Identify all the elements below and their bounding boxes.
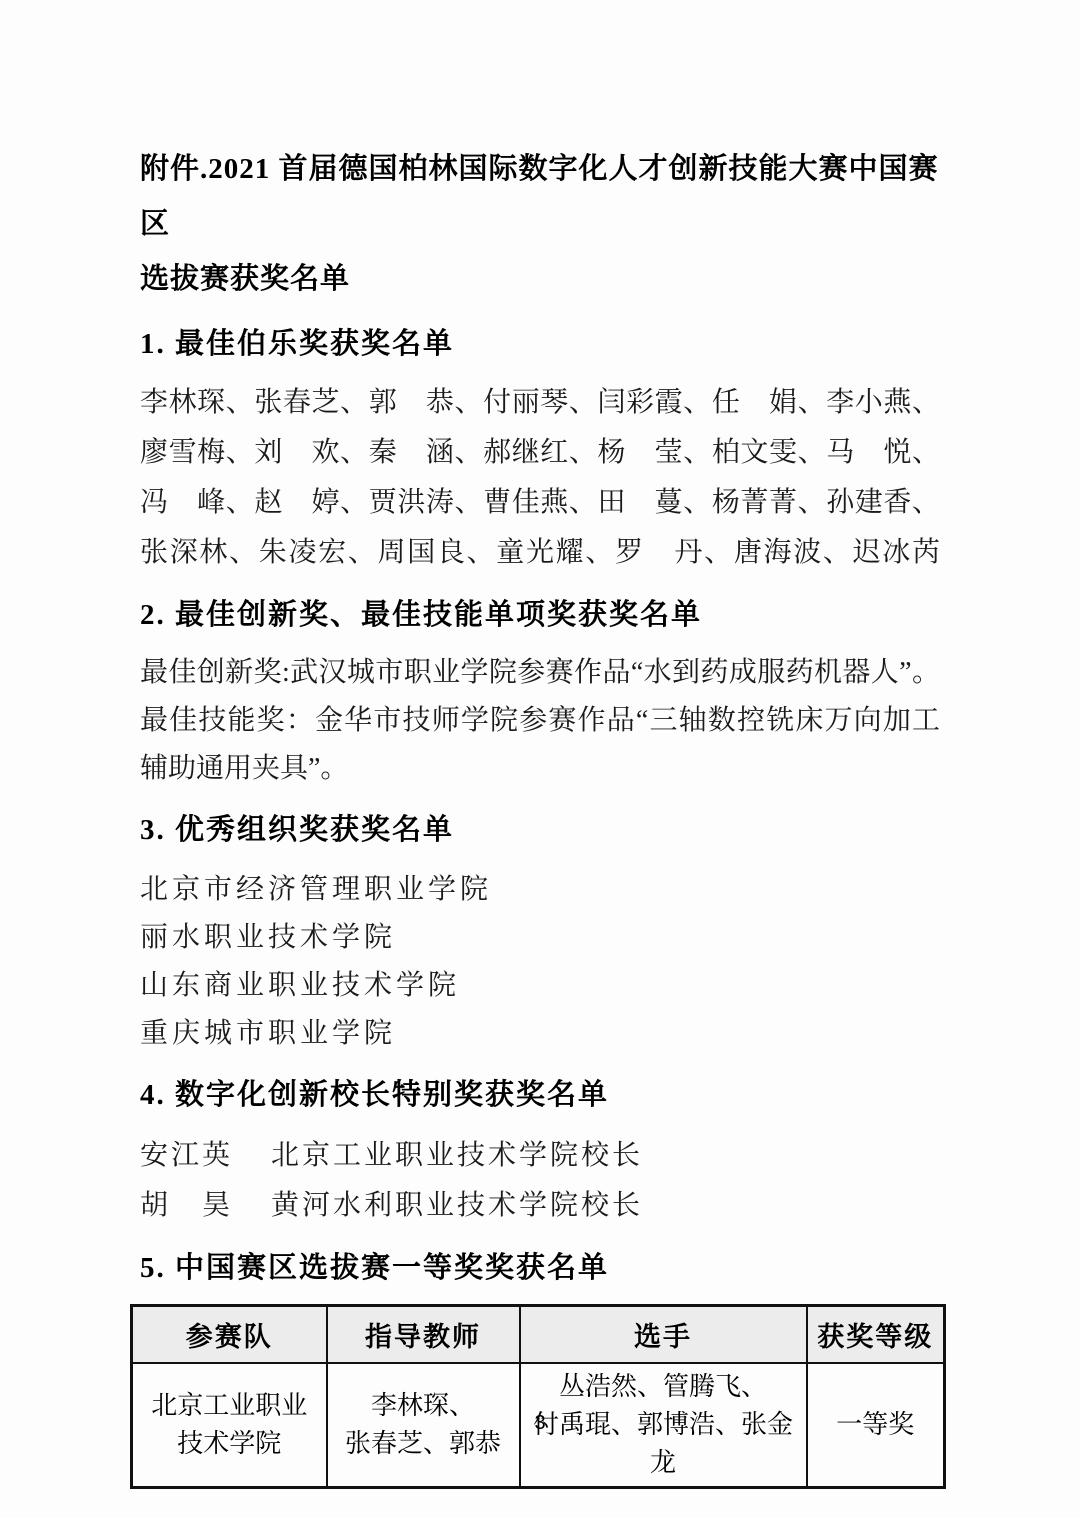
bole-names-line-1: 李林琛、张春芝、郭 恭、付丽琴、闫彩霞、任 娟、李小燕、: [140, 378, 940, 428]
page-number: 3: [0, 1412, 1080, 1435]
table-header-teachers: 指导教师: [327, 1306, 520, 1363]
table-header-row: 参赛队 指导教师 选手 获奖等级: [132, 1306, 945, 1363]
section-3-heading: 3. 优秀组织奖获奖名单: [140, 803, 940, 858]
section-2-heading: 2. 最佳创新奖、最佳技能单项奖获奖名单: [140, 588, 940, 643]
organization-item: 北京市经济管理职业学院: [140, 866, 940, 914]
table-header-team: 参赛队: [132, 1306, 327, 1363]
principal-name: 胡 昊: [140, 1181, 233, 1231]
section-4-heading: 4. 数字化创新校长特别奖获奖名单: [140, 1068, 940, 1123]
principal-item: 胡 昊 黄河水利职业技术学院校长: [140, 1181, 940, 1231]
bole-names-list: 李林琛、张春芝、郭 恭、付丽琴、闫彩霞、任 娟、李小燕、 廖雪梅、刘 欢、秦 涵…: [140, 378, 940, 578]
organization-list: 北京市经济管理职业学院 丽水职业技术学院 山东商业职业技术学院 重庆城市职业学院: [140, 866, 940, 1058]
bole-names-line-4: 张深林、朱凌宏、周国良、童光耀、罗 丹、唐海波、迟冰芮: [140, 528, 940, 578]
document-title: 附件.2021 首届德国柏林国际数字化人才创新技能大赛中国赛区 选拔赛获奖名单: [140, 142, 940, 307]
bole-names-line-2: 廖雪梅、刘 欢、秦 涵、郝继红、杨 莹、柏文雯、马 悦、: [140, 428, 940, 478]
skill-award-line-2: 辅助通用夹具”。: [140, 745, 940, 793]
organization-item: 重庆城市职业学院: [140, 1010, 940, 1058]
principal-title: 黄河水利职业技术学院校长: [271, 1181, 643, 1231]
document-title-line2: 选拔赛获奖名单: [140, 252, 940, 307]
principal-list: 安江英 北京工业职业技术学院校长 胡 昊 黄河水利职业技术学院校长: [140, 1131, 940, 1231]
document-content: 附件.2021 首届德国柏林国际数字化人才创新技能大赛中国赛区 选拔赛获奖名单 …: [140, 142, 940, 1489]
first-prize-table: 参赛队 指导教师 选手 获奖等级 北京工业职业 技术学院 李林琛、 张春芝、郭恭…: [130, 1304, 946, 1489]
principal-item: 安江英 北京工业职业技术学院校长: [140, 1131, 940, 1181]
section-5-heading: 5. 中国赛区选拔赛一等奖奖获名单: [140, 1241, 940, 1296]
organization-item: 山东商业职业技术学院: [140, 962, 940, 1010]
principal-title: 北京工业职业技术学院校长: [271, 1131, 643, 1181]
section-1-heading: 1. 最佳伯乐奖获奖名单: [140, 317, 940, 372]
innovation-award-line: 最佳创新奖:武汉城市职业学院参赛作品“水到药成服药机器人”。: [140, 649, 940, 697]
table-header-players: 选手: [520, 1306, 807, 1363]
table-header-award: 获奖等级: [807, 1306, 945, 1363]
bole-names-line-3: 冯 峰、赵 婷、贾洪涛、曹佳燕、田 蔓、杨菁菁、孙建香、: [140, 478, 940, 528]
document-title-line1: 附件.2021 首届德国柏林国际数字化人才创新技能大赛中国赛区: [140, 142, 940, 252]
organization-item: 丽水职业技术学院: [140, 914, 940, 962]
innovation-award-block: 最佳创新奖:武汉城市职业学院参赛作品“水到药成服药机器人”。 最佳技能奖：金华市…: [140, 649, 940, 793]
document-page: 附件.2021 首届德国柏林国际数字化人才创新技能大赛中国赛区 选拔赛获奖名单 …: [0, 0, 1080, 1518]
skill-award-line-1: 最佳技能奖：金华市技师学院参赛作品“三轴数控铣床万向加工: [140, 697, 940, 745]
principal-name: 安江英: [140, 1131, 233, 1181]
